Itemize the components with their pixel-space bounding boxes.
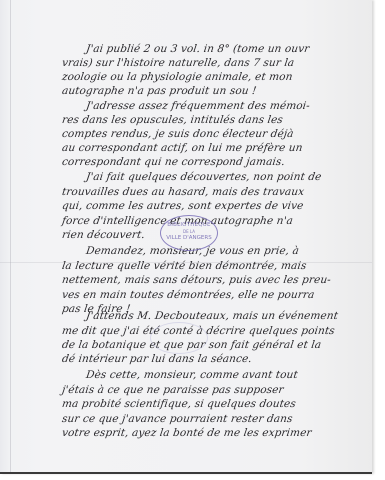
text-line: res dans les opuscules, intitulés dans l… bbox=[61, 114, 283, 126]
text-line: ma probité scientifique, si quelques dou… bbox=[61, 398, 296, 410]
stamp-line-2: DE LA bbox=[161, 229, 217, 234]
text-line: autographe n'a pas produit un sou ! bbox=[61, 85, 257, 97]
text-line: rien découvert. bbox=[61, 229, 146, 241]
stamp-line-1: BIBLIOTHÈQUE bbox=[161, 222, 217, 228]
letter-page: J'ai publié 2 ou 3 vol. in 8° (tome un o… bbox=[0, 0, 372, 474]
text-line: comptes rendus, je suis donc électeur dé… bbox=[61, 128, 294, 140]
text-line: la lecture quelle vérité bien démontrée,… bbox=[61, 260, 307, 272]
text-line: j'étais à ce que ne paraisse pas suppose… bbox=[61, 384, 284, 396]
text-line: votre esprit, ayez la bonté de me les ex… bbox=[61, 427, 312, 439]
text-line: vrais) sur l'histoire naturelle, dans 7 … bbox=[61, 57, 295, 69]
stamp-bleed-through bbox=[150, 322, 208, 354]
text-line: Dès cette, monsieur, comme avant tout bbox=[85, 369, 298, 381]
text-line: correspondant qui ne correspond jamais. bbox=[61, 156, 286, 168]
stamp-line-3: VILLE D'ANGERS bbox=[161, 235, 217, 241]
text-line: nettement, mais sans détours, puis avec … bbox=[61, 274, 332, 286]
text-line: J'attends M. Decbouteaux, mais un événem… bbox=[85, 310, 339, 322]
text-line: qui, comme les autres, sont expertes de … bbox=[61, 200, 304, 212]
library-stamp: BIBLIOTHÈQUE DE LA VILLE D'ANGERS bbox=[160, 215, 218, 251]
text-line: J'ai publié 2 ou 3 vol. in 8° (tome un o… bbox=[85, 43, 310, 55]
text-line: sur ce que j'avance pourraient rester da… bbox=[61, 413, 293, 425]
text-line: zoologie ou la physiologie animale, et m… bbox=[61, 71, 293, 83]
text-line: J'adresse assez fréquemment des mémoi- bbox=[85, 100, 311, 112]
text-line: trouvailles dues au hasard, mais des tra… bbox=[61, 186, 305, 198]
text-line: ves en main toutes démontrées, elle ne p… bbox=[61, 289, 315, 301]
text-line: au correspondant actif, on lui me préfèr… bbox=[61, 142, 303, 154]
text-line: dé intérieur par lui dans la séance. bbox=[61, 353, 252, 365]
paper-fold-vertical bbox=[10, 0, 11, 472]
text-line: J'ai fait quelques découvertes, non poin… bbox=[85, 171, 322, 183]
